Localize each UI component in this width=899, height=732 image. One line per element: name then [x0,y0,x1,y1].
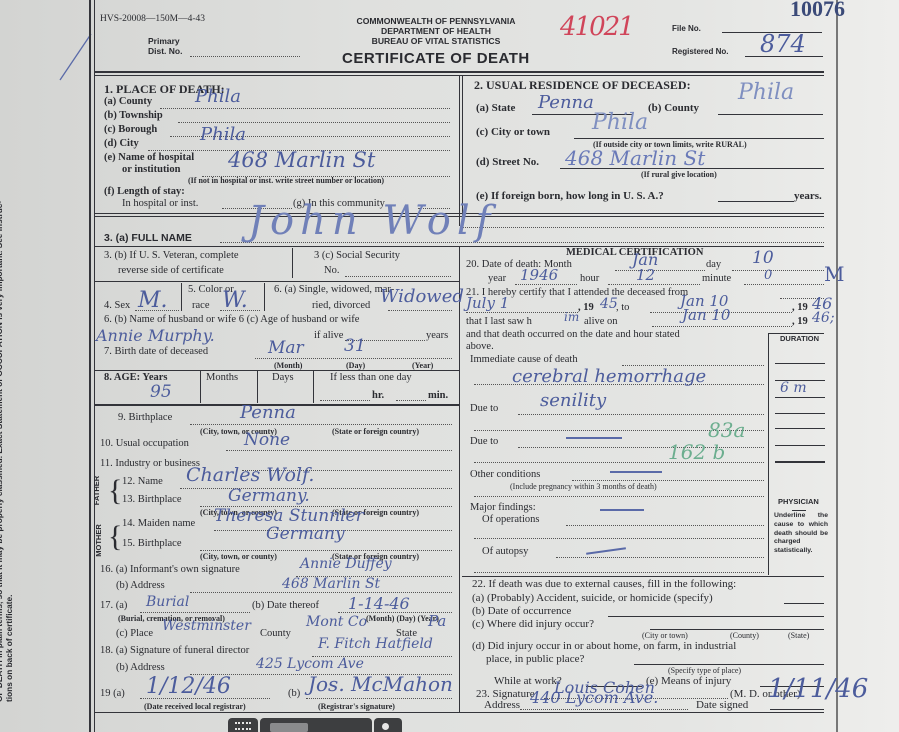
veteran-label-2: reverse side of certificate [118,265,224,276]
duration-heading: DURATION [780,334,819,343]
father-tag: FATHER [92,476,101,505]
res-county-field[interactable] [718,114,823,115]
death-minute-value: 0 [764,268,772,283]
hr-field[interactable] [320,400,370,401]
alive-on-label: alive on [584,316,618,327]
mother-birthplace-caption-city: (City, town, or county) [200,552,277,561]
mother-birthplace-label: 15. Birthplace [122,538,181,549]
veteran-label-1: 3. (b) If U. S. Veteran, complete [104,250,239,261]
disposal-field[interactable] [140,612,250,613]
external-d-label-1: (d) Did injury occur in or about home, o… [472,640,736,652]
external-d-caption: (Specify type of place) [668,666,741,675]
mother-brace: { [108,522,122,552]
industry-label: 11. Industry or business [100,458,200,469]
registrar-sig-label: (b) [288,688,300,699]
external-b-label: (b) Date of occurrence [472,605,571,617]
divider [292,248,293,278]
external-d-field[interactable] [634,664,824,665]
autopsy-field-2[interactable] [474,572,764,573]
maiden-name-label: 14. Maiden name [122,518,195,529]
external-c-label: (c) Where did injury occur? [472,618,594,630]
rule [460,227,824,228]
mother-tag: MOTHER [94,524,103,557]
other-conditions-field-2[interactable] [474,496,764,497]
physician-heading: PHYSICIAN [778,497,819,506]
ssn-field[interactable] [345,276,451,277]
due-to-1-field[interactable] [518,414,764,415]
foreign-born-field[interactable] [718,201,794,202]
divider [181,283,182,311]
external-c-field[interactable] [650,629,824,630]
ssn-label-1: 3 (c) Social Security [314,250,400,261]
death-month-field[interactable] [615,270,705,271]
due-to-2-label: Due to [470,436,498,447]
informant-signature-label: 16. (a) Informant's own signature [100,564,240,575]
external-d-label-2: place, in public place? [486,653,584,665]
external-b-field[interactable] [608,616,824,617]
registrar-date-value: 1/12/46 [146,674,231,699]
death-certificate-page: MARGIN RESERVED FOR BINDING WRITE PLAINL… [0,0,899,732]
hr-label: hr. [372,390,384,401]
foreign-born-label: (e) If foreign born, how long in U. S. A… [476,190,664,202]
margin-instructions: MARGIN RESERVED FOR BINDING WRITE PLAINL… [0,201,14,714]
sex-value: M. [138,288,168,313]
birthdate-field[interactable] [255,358,452,359]
marital-value: Widowed [380,286,464,307]
city-value: Phila [200,124,246,145]
full-name-label: 3. (a) FULL NAME [104,232,192,244]
major-findings-label: Major findings: [470,502,536,513]
registrar-date-caption: (Date received local registrar) [144,702,246,711]
res-state-label: (a) State [476,102,515,114]
marital-label-1: 6. (a) Single, widowed, mar- [274,284,394,295]
res-city-label: (c) City or town [476,126,550,138]
father-name-field[interactable] [180,488,452,489]
pen-dash [566,437,622,439]
res-city-field[interactable] [574,138,824,139]
marital-label-2: ried, divorced [312,300,370,311]
other-conditions-label: Other conditions [470,469,540,480]
duration-line [775,363,825,364]
duration-line [775,461,825,463]
occupation-field[interactable] [226,450,452,451]
father-birthplace-value: Germany. [228,486,310,506]
full-name-value: John Wolf [248,198,496,244]
stamped-number: 10076 [790,0,845,22]
rule [94,281,460,282]
min-label: min. [428,390,448,401]
pen-dash [610,471,662,473]
other-conditions-field[interactable] [572,480,764,481]
mother-birthplace-value: Germany [266,524,345,544]
months-label: Months [206,372,238,383]
stated-label: and that death occurred on the date and … [466,329,680,340]
hospital-label-2: or institution [122,164,180,175]
age-years-value: 95 [150,382,172,402]
funeral-director-value: F. Fitch Hatfield [318,636,433,652]
death-year-field[interactable] [515,284,577,285]
pen-dash [600,509,644,511]
external-a-field[interactable] [784,603,824,604]
date-thereof-value: 1-14-46 [348,594,410,613]
viewer-zoom-button[interactable] [374,718,402,732]
death-minute-field[interactable] [744,284,824,285]
means-label: (e) Means of injury [646,675,731,687]
divider [200,371,201,403]
death-day-value: 10 [752,248,774,268]
due-to-1-label: Due to [470,403,498,414]
death-minute-label: minute [702,273,731,284]
external-a-label: (a) (Probably) Accident, suicide, or hom… [472,592,713,604]
viewer-page-indicator[interactable] [260,718,372,732]
primary-label: Primary [148,36,180,46]
death-year-label: year [488,273,506,284]
registrar-sig-value: Jos. McMahon [308,672,453,696]
divider [459,246,460,712]
header-department: DEPARTMENT OF HEALTH [336,26,536,36]
dist-no-label: Dist. No. [148,46,182,56]
res-street-note: (If rural give location) [641,170,717,179]
attended-from-year-prefix: , 19 [578,302,594,313]
form-code: HVS-20008—150M—4-43 [100,14,205,24]
autopsy-field[interactable] [556,557,764,558]
funeral-director-label: 18. (a) Signature of funeral director [100,645,249,656]
father-brace: { [108,476,122,506]
death-hour-field[interactable] [608,284,700,285]
viewer-grid-button[interactable] [228,718,258,732]
spouse-value: Annie Murphy. [96,326,215,345]
other-conditions-note: (Include pregnancy within 3 months of de… [510,482,657,491]
operations-field[interactable] [566,525,764,526]
certifier-address-label: Address [484,699,520,711]
zoom-icon [382,723,389,730]
burial-county-label: County [260,628,291,639]
immediate-duration-value: 6 m [780,380,807,396]
divider [313,371,314,403]
attended-from-value: July 1 [466,294,509,312]
date-signed-value: 1/11/46 [768,674,868,704]
res-county-value: Phila [738,80,794,105]
last-saw-year-prefix: , 19 [792,316,808,327]
rule [94,71,824,73]
header-commonwealth: COMMONWEALTH OF PENNSYLVANIA [336,16,536,26]
death-ampm-value: M [824,262,844,286]
birthdate-day: 31 [344,336,366,356]
registered-no-value: 874 [760,30,806,58]
color-value: W. [222,288,248,313]
informant-address-field[interactable] [190,592,452,593]
place-label: (c) Place [116,628,153,639]
mother-birthplace-field[interactable] [200,550,452,551]
duration-line [775,397,825,398]
place-value: Westminster [162,618,251,634]
stay-label: (f) Length of stay: [104,186,185,197]
work-label: While at work? [494,675,562,687]
certificate-title: CERTIFICATE OF DEATH [342,50,530,67]
attended-to-year-prefix: , 19 [792,302,808,313]
usual-residence-heading: 2. USUAL RESIDENCE OF DECEASED: [474,78,691,93]
registrar-label: 19 (a) [100,688,125,699]
month-caption: (Month) [274,361,302,370]
divider [257,371,258,403]
dist-no-field[interactable] [190,56,300,57]
registrar-sig-caption: (Registrar's signature) [318,702,395,711]
code-a: 83a [708,418,745,442]
grid-icon [235,722,251,730]
min-field[interactable] [396,400,426,401]
director-address-value: 425 Lycom Ave [256,656,364,672]
less-day-label: If less than one day [330,372,412,383]
external-c-caption-county: (County) [730,631,759,640]
death-year-value: 1946 [520,266,558,284]
county-value: Phila [195,86,241,107]
last-saw-date-field[interactable] [652,326,792,327]
external-c-caption-city: (City or town) [642,631,688,640]
rule [462,576,824,577]
hospital-value: 468 Marlin St [228,148,375,172]
external-heading: 22. If death was due to external causes,… [472,578,736,590]
due-to-2-field[interactable] [518,447,764,448]
foreign-born-suffix: years. [794,190,822,202]
last-saw-label: that I last saw h [466,316,532,327]
frame-right [836,0,838,732]
due-to-2-field-2[interactable] [474,462,764,463]
header-block: COMMONWEALTH OF PENNSYLVANIA DEPARTMENT … [336,16,536,46]
burial-county-value: Mont Co [306,614,367,630]
res-street-label: (d) Street No. [476,156,539,168]
ssn-label-2: No. [324,265,339,276]
year-caption: (Year) [412,361,433,370]
burial-state-value: Pa [428,612,446,630]
attended-from-field[interactable] [466,312,578,313]
pen-dash [586,547,626,554]
immediate-cause-value: cerebral hemorrhage [512,366,706,387]
day-caption: (Day) [346,361,365,370]
margin-line-5: tions on back of certificate. [4,201,14,714]
res-street-value: 468 Marlin St [565,146,705,170]
physician-box-left [768,463,769,575]
color-label-2: race [192,300,209,311]
father-birthplace-label: 13. Birthplace [122,494,181,505]
city-label: (d) City [104,138,139,149]
occupation-value: None [244,430,290,450]
death-day-label: day [706,259,721,270]
operations-field-2[interactable] [474,538,764,539]
rule [792,510,806,511]
frame-left-outer [89,0,91,732]
disposal-value: Burial [146,594,189,610]
registered-no-label: Registered No. [672,47,728,56]
rule [94,712,824,713]
informant-address-value: 468 Marlin St [282,576,380,592]
stay-hospital-label: In hospital or inst. [122,198,198,209]
borough-label: (c) Borough [104,124,157,135]
autopsy-label: Of autopsy [482,546,528,557]
last-saw-pronoun: im [564,310,579,324]
spouse-age-suffix: years [426,330,448,341]
certifier-address-field[interactable] [520,709,688,710]
informant-address-label: (b) Address [116,580,165,591]
certifier-address-value: 440 Lycom Ave. [530,688,658,707]
rule [94,370,460,371]
birthplace-field[interactable] [190,424,452,425]
birthdate-month: Mar [268,338,304,358]
father-name-value: Charles Wolf. [186,464,314,486]
county-label: (a) County [104,96,152,107]
birthplace-value: Penna [240,402,296,423]
birthplace-caption-state: (State or foreign country) [332,427,419,436]
to-label: , to [616,302,629,313]
maiden-name-value: Theresa Stunnler [214,506,364,526]
marital-field[interactable] [388,310,452,311]
father-name-label: 12. Name [122,476,163,487]
occupation-label: 10. Usual occupation [100,438,189,449]
county-field[interactable] [160,108,450,109]
spouse-label: 6. (b) Name of husband or wife 6 (c) Age… [104,314,359,325]
frame-left-inner [94,0,95,732]
township-field[interactable] [178,122,450,123]
spouse-age-label: if alive [314,330,343,341]
sex-label: 4. Sex [104,300,130,311]
hospital-note: (If not in hospital or inst. write stree… [188,176,384,185]
external-c-caption-state: (State) [788,631,809,640]
header-bureau: BUREAU OF VITAL STATISTICS [336,36,536,46]
due-to-1-value: senility [540,390,606,411]
hospital-label-1: (e) Name of hospital [104,152,194,163]
duration-line [775,445,825,446]
days-label: Days [272,372,294,383]
registrar-sig-field[interactable] [306,698,452,699]
date-signed-label: Date signed [696,699,748,711]
date-thereof-label: (b) Date thereof [252,600,319,611]
above-label: above. [466,341,494,352]
red-annotation: 41021 [560,12,633,42]
death-hour-value: 12 [636,266,655,284]
last-saw-year: 46; [812,310,835,326]
informant-signature-value: Annie Duffey [300,556,392,572]
township-label: (b) Township [104,110,163,121]
death-hour-label: hour [580,273,599,284]
director-address-label: (b) Address [116,662,165,673]
duration-line [775,428,825,429]
duration-line [775,413,825,414]
birthdate-label: 7. Birth date of deceased [104,346,208,357]
res-county-label: (b) County [648,102,699,114]
physician-note: Underline the cause to which death shoul… [774,512,828,556]
last-saw-date-value: Jan 10 [682,306,730,324]
page-input[interactable] [270,723,308,732]
disposal-label: 17. (a) [100,600,127,611]
code-b: 162 b [668,440,725,464]
res-city-value: Phila [592,110,648,135]
divider [264,283,265,311]
res-state-value: Penna [538,92,594,113]
date-signed-field[interactable] [770,709,824,710]
operations-label: Of operations [482,514,539,525]
immediate-cause-label: Immediate cause of death [470,354,578,365]
file-no-label: File No. [672,24,701,33]
death-day-field[interactable] [732,270,824,271]
birthplace-label: 9. Birthplace [118,412,172,423]
